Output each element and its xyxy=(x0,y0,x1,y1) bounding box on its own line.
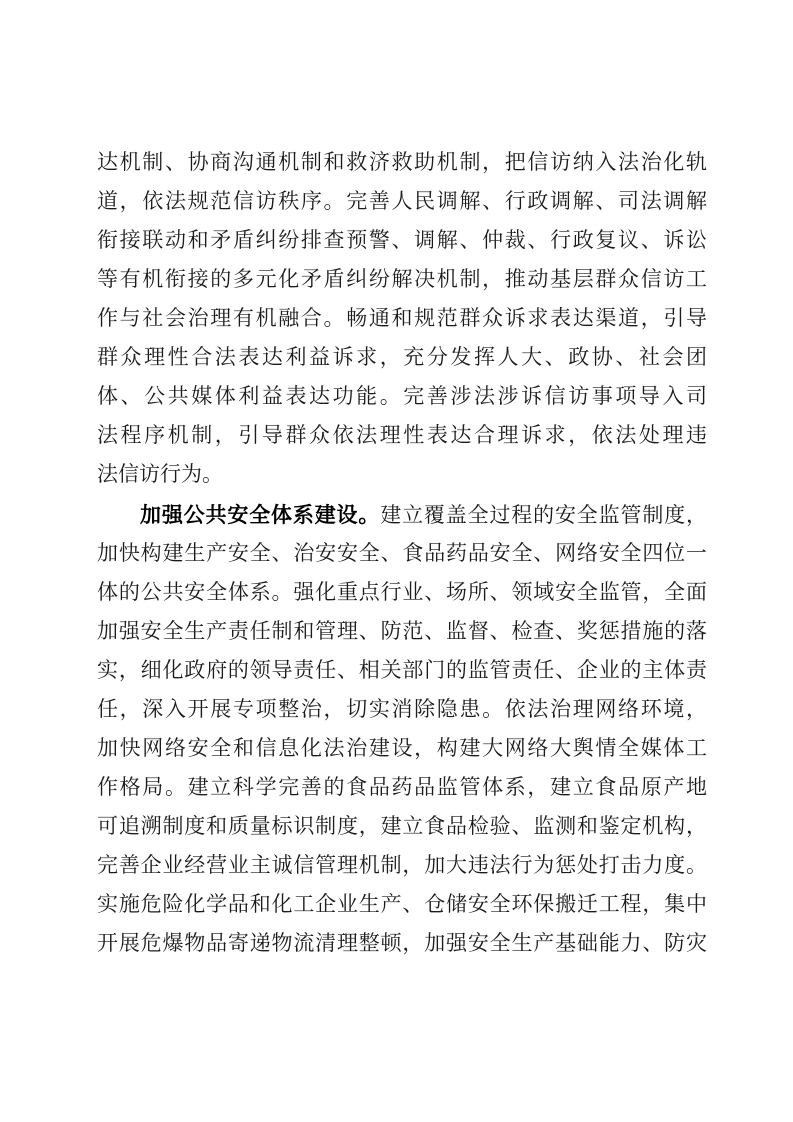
text-line: 任，深入开展专项整治，切实消除隐患。依法治理网络环境， xyxy=(97,690,707,729)
text-line: 群众理性合法表达利益诉求，充分发挥人大、政协、社会团 xyxy=(97,338,707,377)
bold-paragraph-heading: 加强公共安全体系建设。 xyxy=(140,502,380,527)
text-line: 道，依法规范信访秩序。完善人民调解、行政调解、司法调解 xyxy=(97,182,707,221)
text-line: 法信访行为。 xyxy=(97,455,707,494)
text-line: 加快网络安全和信息化法治建设，构建大网络大舆情全媒体工 xyxy=(97,729,707,768)
text-line: 加强公共安全体系建设。建立覆盖全过程的安全监管制度， xyxy=(97,495,707,534)
text-line: 作与社会治理有机融合。畅通和规范群众诉求表达渠道，引导 xyxy=(97,299,707,338)
document-page: 达机制、协商沟通机制和救济救助机制，把信访纳入法治化轨 道，依法规范信访秩序。完… xyxy=(0,0,793,1122)
text-line: 开展危爆物品寄递物流清理整顿，加强安全生产基础能力、防灾 xyxy=(97,924,707,963)
heading-following-text: 建立覆盖全过程的安全监管制度， xyxy=(380,503,707,527)
paragraph-petition-system: 达机制、协商沟通机制和救济救助机制，把信访纳入法治化轨 道，依法规范信访秩序。完… xyxy=(97,143,707,494)
text-line: 作格局。建立科学完善的食品药品监管体系，建立食品原产地 xyxy=(97,768,707,807)
text-line: 达机制、协商沟通机制和救济救助机制，把信访纳入法治化轨 xyxy=(97,143,707,182)
text-line: 体的公共安全体系。强化重点行业、场所、领域安全监管，全面 xyxy=(97,573,707,612)
text-line: 法程序机制，引导群众依法理性表达合理诉求，依法处理违 xyxy=(97,416,707,455)
text-line: 加强安全生产责任制和管理、防范、监督、检查、奖惩措施的落 xyxy=(97,612,707,651)
text-line: 体、公共媒体利益表达功能。完善涉法涉诉信访事项导入司 xyxy=(97,377,707,416)
paragraph-public-safety: 加强公共安全体系建设。建立覆盖全过程的安全监管制度， 加快构建生产安全、治安安全… xyxy=(97,495,707,963)
text-line: 实，细化政府的领导责任、相关部门的监管责任、企业的主体责 xyxy=(97,651,707,690)
text-line: 等有机衔接的多元化矛盾纠纷解决机制，推动基层群众信访工 xyxy=(97,260,707,299)
text-line: 可追溯制度和质量标识制度，建立食品检验、监测和鉴定机构， xyxy=(97,807,707,846)
text-line: 衔接联动和矛盾纠纷排查预警、调解、仲裁、行政复议、诉讼 xyxy=(97,221,707,260)
text-line: 实施危险化学品和化工企业生产、仓储安全环保搬迁工程，集中 xyxy=(97,885,707,924)
text-line: 加快构建生产安全、治安安全、食品药品安全、网络安全四位一 xyxy=(97,534,707,573)
text-content: 达机制、协商沟通机制和救济救助机制，把信访纳入法治化轨 道，依法规范信访秩序。完… xyxy=(97,143,707,963)
text-line: 完善企业经营业主诚信管理机制，加大违法行为惩处打击力度。 xyxy=(97,846,707,885)
